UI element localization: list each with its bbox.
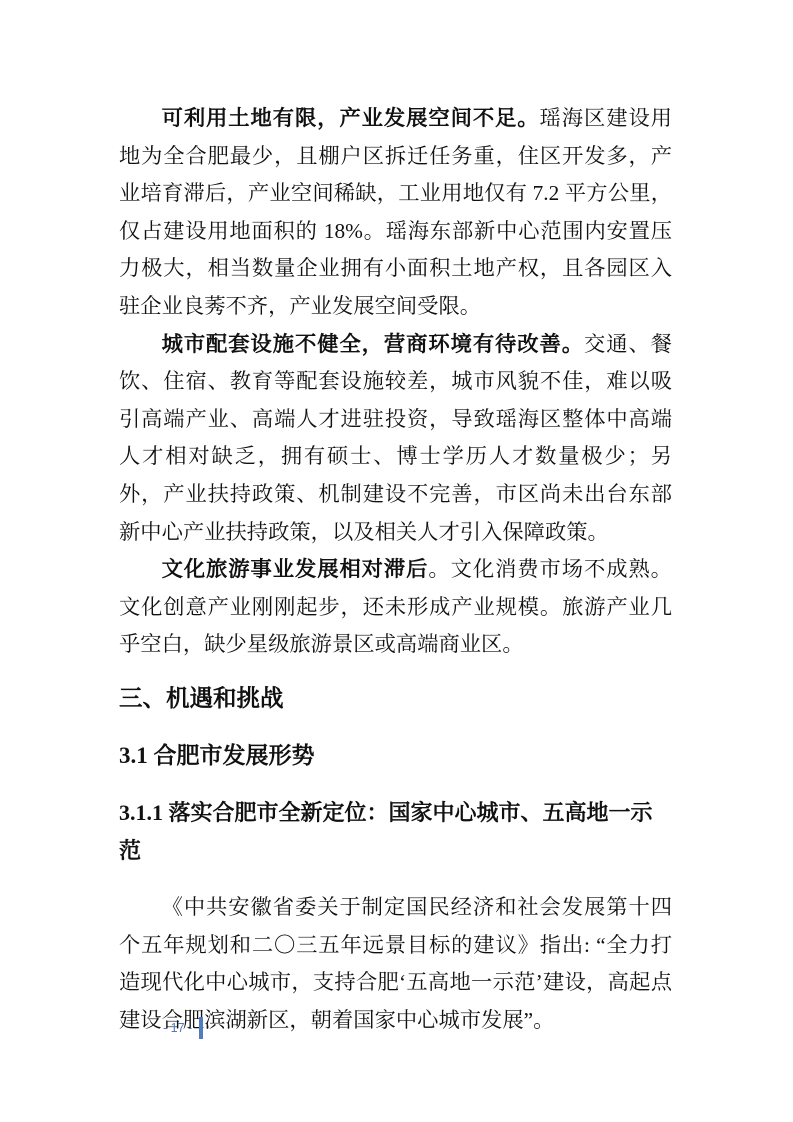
paragraph-culture-tourism: 文化旅游事业发展相对滞后。文化消费市场不成熟。文化创意产业刚刚起步，还未形成产业… [119, 551, 672, 664]
paragraph-lead-bold: 可利用土地有限，产业发展空间不足。 [162, 106, 540, 130]
paragraph-lead-bold: 城市配套设施不健全，营商环境有待改善。 [162, 332, 584, 356]
heading-subsection-3-1-1: 3.1.1 落实合肥市全新定位：国家中心城市、五高地一示范 [119, 794, 672, 870]
document-page: 可利用土地有限，产业发展空间不足。瑶海区建设用地为全合肥最少，且棚户区拆迁任务重… [0, 0, 793, 1122]
paragraph-land-shortage: 可利用土地有限，产业发展空间不足。瑶海区建设用地为全合肥最少，且棚户区拆迁任务重… [119, 100, 672, 326]
document-content: 可利用土地有限，产业发展空间不足。瑶海区建设用地为全合肥最少，且棚户区拆迁任务重… [119, 100, 672, 1039]
heading-section-3-1: 3.1 合肥市发展形势 [119, 737, 672, 775]
paragraph-body-text: 交通、餐饮、住宿、教育等配套设施较差，城市风貌不佳，难以吸引高端产业、高端人才进… [119, 332, 672, 544]
heading-chapter-3: 三、机遇和挑战 [119, 679, 672, 717]
paragraph-city-facilities: 城市配套设施不健全，营商环境有待改善。交通、餐饮、住宿、教育等配套设施较差，城市… [119, 326, 672, 552]
paragraph-lead-bold: 文化旅游事业发展相对滞后 [162, 557, 429, 581]
page-number: - 17 - [163, 1021, 192, 1035]
page-footer: - 17 - [163, 1015, 203, 1041]
text-caret [199, 1017, 203, 1039]
paragraph-body-text: 瑶海区建设用地为全合肥最少，且棚户区拆迁任务重，住区开发多，产业培育滞后，产业空… [119, 106, 672, 318]
